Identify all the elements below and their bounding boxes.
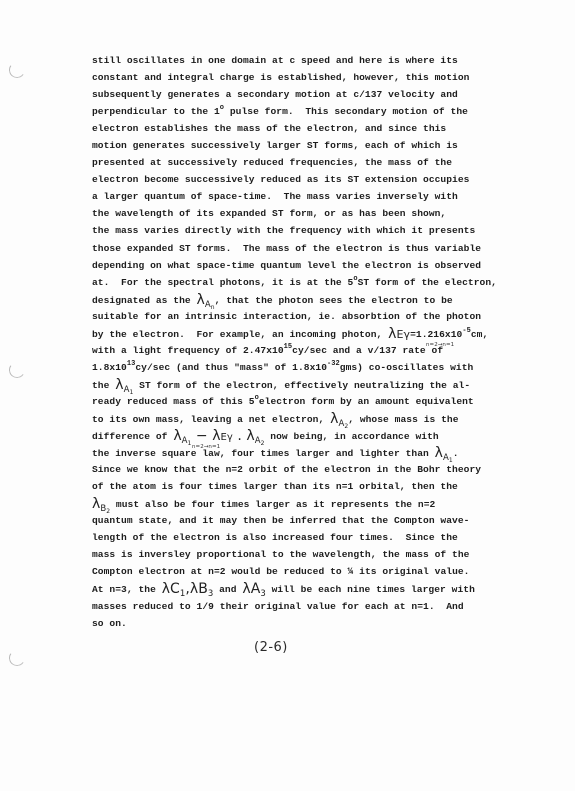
text-line: motion generates successively larger ST … [92, 137, 532, 154]
text-line: to its own mass, leaving a net electron,… [92, 410, 532, 427]
handwritten-lambda-B2: λB2 [92, 496, 110, 512]
text-line: quantum state, and it may then be inferr… [92, 512, 532, 529]
punch-hole-bottom [8, 649, 27, 668]
text-line: by the electron. For example, an incomin… [92, 325, 532, 342]
text-line: designated as the λAn, that the photon s… [92, 291, 532, 308]
punch-hole-top [8, 61, 27, 80]
handwritten-lambda-A3: λA3 [242, 581, 265, 597]
text-line: the λA1 ST form of the electron, effecti… [92, 376, 532, 393]
text-line: Since we know that the n=2 orbit of the … [92, 461, 532, 478]
text-line: a larger quantum of space-time. The mass… [92, 188, 532, 205]
handwritten-lambda-A2: λA2 [330, 411, 348, 427]
text-line: those expanded ST forms. The mass of the… [92, 240, 532, 257]
text-line: At n=3, the λC1,λB3 and λA3 will be each… [92, 580, 532, 597]
text-line: the inverse square law, four times large… [92, 444, 532, 461]
degree-mark: o [220, 104, 224, 112]
text-line: masses reduced to 1/9 their original val… [92, 598, 532, 615]
handwritten-lambda-Egamma: λEγ [388, 326, 410, 342]
text-line: perpendicular to the 1o pulse form. This… [92, 103, 532, 120]
text-line: Compton electron at n=2 would be reduced… [92, 563, 532, 580]
text-line: suitable for an intrinsic interaction, i… [92, 308, 532, 325]
handwritten-lambda-A1: λA1 [115, 377, 133, 393]
text-line: at. For the spectral photons, it is at t… [92, 274, 532, 291]
text-line: constant and integral charge is establis… [92, 69, 532, 86]
text-line: mass is inversley proportional to the wa… [92, 546, 532, 563]
text-line: subsequently generates a secondary motio… [92, 86, 532, 103]
typewritten-body: still oscillates in one domain at c spee… [92, 52, 532, 632]
text-line: still oscillates in one domain at c spee… [92, 52, 532, 69]
text-line: λB2 must also be four times larger as it… [92, 495, 532, 512]
punch-hole-middle [8, 361, 27, 380]
text-line: the wavelength of its expanded ST form, … [92, 205, 532, 222]
handwritten-lambda-A1: λA1 [435, 445, 453, 461]
handwritten-lambda-An: λAn [197, 292, 215, 308]
text-line: ready reduced mass of this 5oelectron fo… [92, 393, 532, 410]
text-line: presented at successively reduced freque… [92, 154, 532, 171]
handwritten-lambda-C1-B3: λC1,λB3 [162, 581, 214, 597]
text-line: electron establishes the mass of the ele… [92, 120, 532, 137]
text-line: length of the electron is also increased… [92, 529, 532, 546]
text-line: depending on what space-time quantum lev… [92, 257, 532, 274]
page-number: (2-6) [254, 640, 288, 655]
document-page: still oscillates in one domain at c spee… [0, 0, 575, 791]
text-line: electron become successively reduced as … [92, 171, 532, 188]
text-line: with a light frequency of 2.47x1015cy/se… [92, 342, 532, 359]
text-line: the mass varies directly with the freque… [92, 222, 532, 239]
text-line: of the atom is four times larger than it… [92, 478, 532, 495]
text-line: 1.8x1013cy/sec (and thus "mass" of 1.8x1… [92, 359, 532, 376]
text-line: so on. [92, 615, 532, 632]
text-line: difference of λA1 − λEγ . λA2 now being,… [92, 427, 532, 444]
